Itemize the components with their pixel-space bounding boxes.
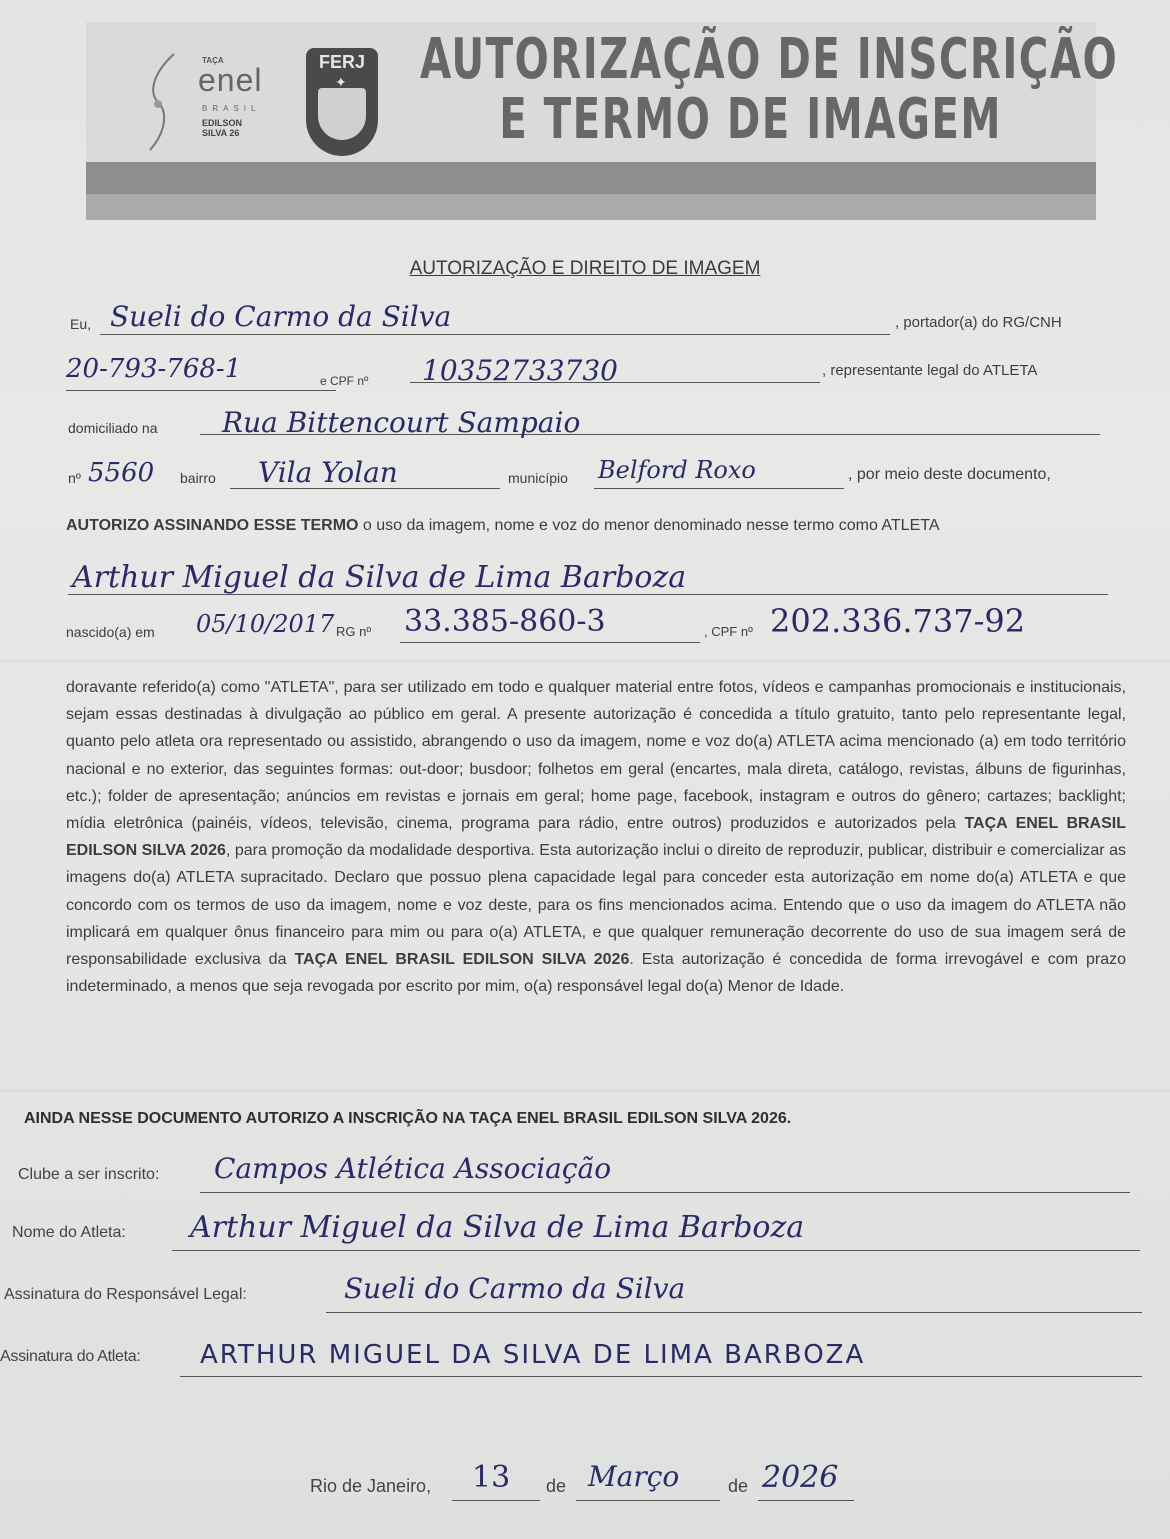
autorizo-rest: o uso da imagem, nome e voz do menor den… [358, 517, 939, 534]
assinatura-atleta-label: Assinatura do Atleta: [0, 1348, 140, 1366]
event-name-2: TAÇA ENEL BRASIL EDILSON SILVA 2026 [294, 951, 629, 968]
year-field[interactable]: 2026 [762, 1460, 838, 1495]
assinatura-responsavel-line [326, 1312, 1142, 1313]
header-stripe-light [86, 194, 1096, 220]
numero-label: nº [68, 470, 81, 486]
municipio-line [594, 488, 844, 489]
autorizo-bold: AUTORIZO ASSINANDO ESSE TERMO [66, 517, 358, 534]
paper-fold [0, 660, 1170, 662]
assinatura-responsavel-label: Assinatura do Responsável Legal: [4, 1286, 247, 1304]
address-field[interactable]: Rua Bittencourt Sampaio [222, 406, 580, 439]
nome-atleta-line [172, 1250, 1140, 1251]
por-meio-label: , por meio deste documento, [848, 466, 1051, 484]
responsavel-name-line [100, 334, 890, 335]
rg-line [66, 390, 336, 391]
assinatura-atleta-line [180, 1376, 1142, 1377]
municipio-label: município [508, 470, 568, 486]
day-line [452, 1500, 540, 1501]
rg-responsavel-field[interactable]: 20-793-768-1 [66, 354, 241, 384]
clube-line [200, 1192, 1130, 1193]
cpf-line [410, 382, 820, 383]
title-line-1: AUTORIZAÇÃO DE INSCRIÇÃO [420, 27, 1118, 92]
crest-icon [318, 88, 366, 140]
assinatura-atleta-field[interactable]: ARTHUR MIGUEL DA SILVA DE LIMA BARBOZA [200, 1340, 865, 1370]
terms-paragraph: doravante referido(a) como "ATLETA", par… [66, 674, 1126, 1000]
bairro-field[interactable]: Vila Yolan [258, 456, 398, 489]
cpf-atleta-field[interactable]: 202.336.737-92 [770, 602, 1025, 640]
cpf-atleta-label: , CPF nº [704, 624, 753, 639]
paper-fold [0, 1090, 1170, 1092]
rg-atleta-label: RG nº [336, 624, 371, 639]
inscricao-heading: AINDA NESSE DOCUMENTO AUTORIZO A INSCRIÇ… [24, 1110, 791, 1128]
cpf-label: e CPF nº [320, 374, 368, 388]
terms-part-2: , para promoção da modalidade desportiva… [66, 842, 1126, 968]
numero-field[interactable]: 5560 [88, 458, 154, 488]
nome-atleta-field[interactable]: Arthur Miguel da Silva de Lima Barboza [190, 1210, 804, 1245]
ferj-shield-logo: FERJ ✦ [306, 48, 378, 156]
bairro-label: bairro [180, 470, 216, 486]
title-line-2: E TERMO DE IMAGEM [420, 90, 866, 150]
atleta-name-line [68, 594, 1108, 595]
month-field[interactable]: Março [588, 1460, 679, 1493]
city-label: Rio de Janeiro, [310, 1476, 431, 1497]
terms-part-1: doravante referido(a) como "ATLETA", par… [66, 679, 1126, 832]
responsavel-name-field[interactable]: Sueli do Carmo da Silva [110, 300, 451, 333]
eu-label: Eu, [70, 316, 91, 332]
domiciliado-label: domiciliado na [68, 420, 158, 436]
assinatura-responsavel-field[interactable]: Sueli do Carmo da Silva [344, 1272, 685, 1305]
year-line [758, 1500, 854, 1501]
enel-cup-logo: TAÇA enel BRASIL EDILSON SILVA 26 [140, 48, 280, 158]
portador-label: , portador(a) do RG/CNH [895, 314, 1062, 331]
section-title: AUTORIZAÇÃO E DIREITO DE IMAGEM [0, 258, 1170, 280]
month-line [576, 1500, 720, 1501]
clube-field[interactable]: Campos Atlética Associação [214, 1152, 611, 1185]
autorizo-statement: AUTORIZO ASSINANDO ESSE TERMO o uso da i… [66, 517, 940, 535]
rg-atleta-line [400, 642, 700, 643]
header-stripe [86, 162, 1096, 194]
nascido-label: nascido(a) em [66, 624, 155, 640]
nascimento-field[interactable]: 05/10/2017 [196, 610, 334, 638]
clube-label: Clube a ser inscrito: [18, 1166, 159, 1184]
representante-label: , representante legal do ATLETA [822, 362, 1037, 379]
document-title: AUTORIZAÇÃO DE INSCRIÇÃO E TERMO DE IMAG… [420, 30, 866, 150]
document-page: TAÇA enel BRASIL EDILSON SILVA 26 FERJ ✦… [0, 0, 1170, 1539]
de-label-2: de [728, 1476, 748, 1497]
de-label-1: de [546, 1476, 566, 1497]
municipio-field[interactable]: Belford Roxo [598, 456, 756, 484]
logo-brasil-text: BRASIL [202, 104, 260, 113]
atleta-name-field[interactable]: Arthur Miguel da Silva de Lima Barboza [72, 560, 686, 595]
day-field[interactable]: 13 [472, 1460, 510, 1495]
rg-atleta-field[interactable]: 33.385-860-3 [404, 604, 606, 639]
swirl-icon [144, 52, 184, 152]
logo-enel-text: enel [198, 62, 263, 99]
logo-edilson-text: EDILSON SILVA 26 [202, 118, 242, 138]
ferj-text: FERJ [306, 52, 378, 73]
nome-atleta-label: Nome do Atleta: [12, 1224, 126, 1242]
